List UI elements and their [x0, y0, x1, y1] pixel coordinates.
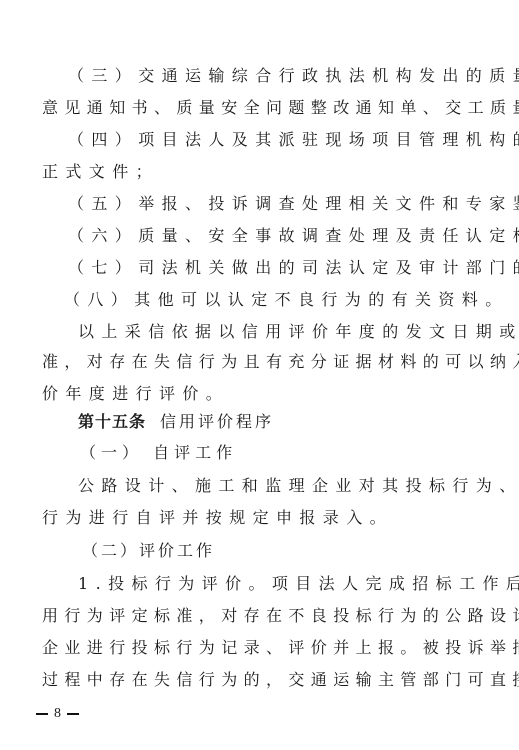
dash-left: [36, 713, 48, 715]
paragraph-line: 企业进行投标行为记录、评价并上报。被投诉举报并经查实投标: [42, 636, 482, 660]
paragraph-line: 过程中存在失信行为的，交通运输主管部门可直接对其投标行为: [42, 668, 482, 692]
paragraph-line: （六）质量、安全事故调查处理及责任认定相关文件；: [68, 224, 482, 248]
paragraph-line: （五）举报、投诉调查处理相关文件和专家鉴定意见；: [68, 192, 482, 216]
paragraph-line: 意见通知书、质量安全问题整改通知单、交工质量核验意见等；: [42, 96, 482, 120]
section-heading: （一） 自评工作: [80, 441, 519, 465]
paragraph-line: 正式文件；: [42, 160, 482, 184]
paragraph-line: （三）交通运输综合行政执法机构发出的质量安全监督抽查: [68, 64, 482, 88]
paragraph-line: 公路设计、施工和监理企业对其投标行为、履约行为和其他: [78, 474, 518, 498]
page-number-value: 8: [54, 706, 61, 721]
paragraph-line: 1.投标行为评价。项目法人完成招标工作后，应根据相应信: [78, 572, 518, 596]
paragraph-line: 用行为评定标准，对存在不良投标行为的公路设计、施工、监理: [42, 604, 482, 628]
article-number: 第十五条: [78, 412, 146, 431]
paragraph-line: （七）司法机关做出的司法认定及审计部门的审计意见；: [68, 256, 482, 280]
paragraph-line: 以上采信依据以信用评价年度的发文日期或认定时间为: [78, 320, 518, 344]
paragraph-line: 行为进行自评并按规定申报录入。: [42, 506, 482, 530]
section-heading: （二）评价工作: [82, 539, 519, 563]
dash-right: [67, 713, 79, 715]
page-number: 8: [30, 704, 85, 724]
paragraph-line: （八）其他可以认定不良行为的有关资料。: [64, 288, 478, 312]
paragraph-line: （四）项目法人及其派驻现场项目管理机构的管理工作中的: [68, 128, 482, 152]
article-heading: 第十五条信用评价程序: [78, 410, 518, 434]
document-page: （三）交通运输综合行政执法机构发出的质量安全监督抽查 意见通知书、质量安全问题整…: [0, 0, 519, 750]
article-title: 信用评价程序: [160, 412, 274, 431]
paragraph-line: 准，对存在失信行为且有充分证据材料的可以纳入失信行为的评: [42, 350, 482, 374]
paragraph-line: 价年度进行评价。: [42, 382, 482, 406]
